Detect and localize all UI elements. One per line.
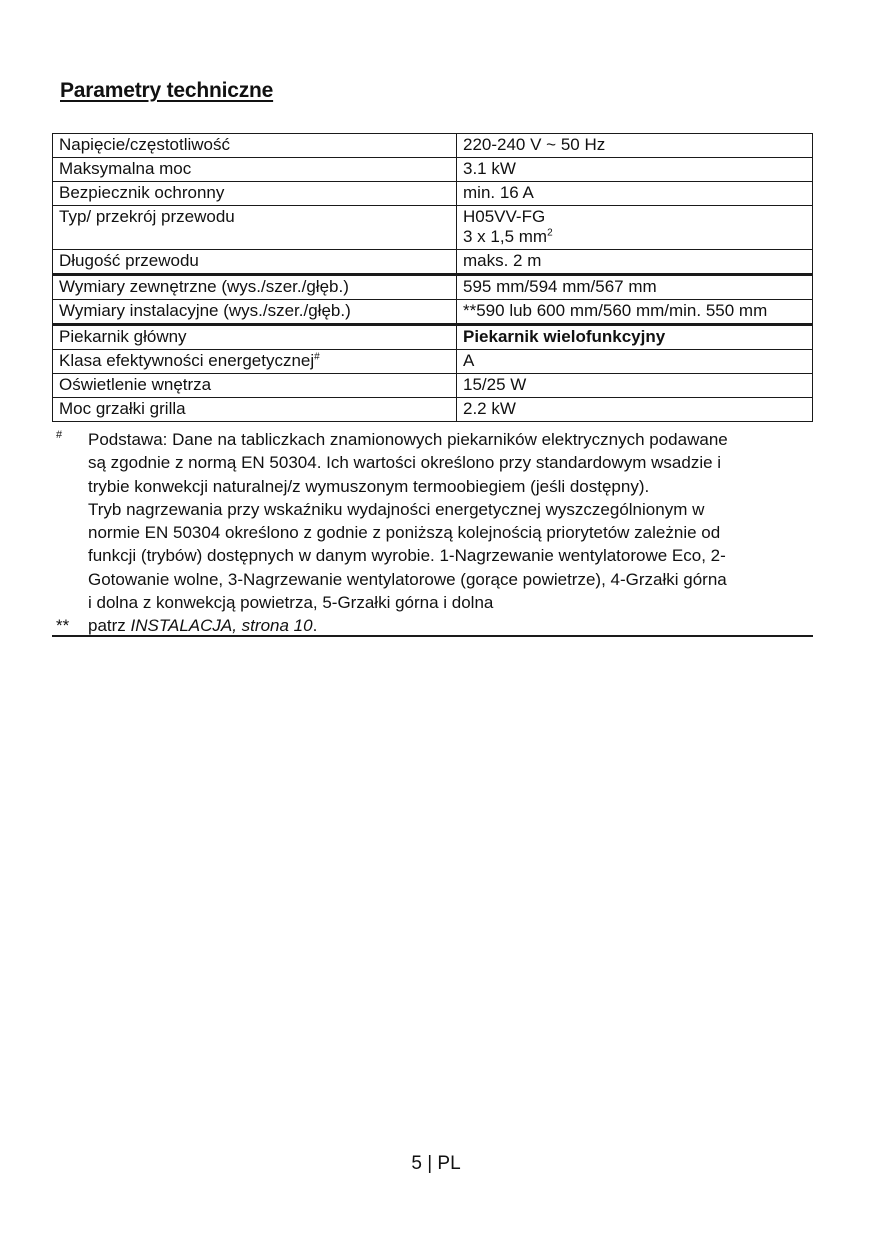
spec-value: 595 mm/594 mm/567 mm [457,275,813,300]
footnote-line: trybie konwekcji naturalnej/z wymuszonym… [88,475,813,498]
spec-label: Długość przewodu [53,250,457,275]
spec-value: min. 16 A [457,182,813,206]
spec-label: Oświetlenie wnętrza [53,374,457,398]
footnote-line: Podstawa: Dane na tabliczkach znamionowy… [88,428,813,451]
superscript: 2 [547,227,553,238]
table-row: Napięcie/częstotliwość 220-240 V ~ 50 Hz [53,134,813,158]
table-row: Oświetlenie wnętrza 15/25 W [53,374,813,398]
spec-label: Bezpiecznik ochronny [53,182,457,206]
page-title: Parametry techniczne [60,79,273,103]
table-row: Moc grzałki grilla 2.2 kW [53,398,813,422]
spec-label: Maksymalna moc [53,158,457,182]
footnote-line: Tryb nagrzewania przy wskaźniku wydajnoś… [88,498,813,521]
footnote-line: są zgodnie z normą EN 50304. Ich wartośc… [88,451,813,474]
page-number: 5 | PL [0,1153,872,1175]
footnote-cross-reference: INSTALACJA, strona 10 [131,616,313,635]
spec-label: Wymiary instalacyjne (wys./szer./głęb.) [53,300,457,325]
spec-value: **590 lub 600 mm/560 mm/min. 550 mm [457,300,813,325]
footnote-marker: # [52,428,88,614]
footnote-line: Gotowanie wolne, 3-Nagrzewanie wentylato… [88,568,813,591]
spec-value: 15/25 W [457,374,813,398]
table-row: Klasa efektywności energetycznej# A [53,350,813,374]
spec-value: Piekarnik wielofunkcyjny [457,325,813,350]
spec-label: Napięcie/częstotliwość [53,134,457,158]
spec-label: Typ/ przekrój przewodu [53,206,457,250]
spec-value-line: H05VV-FG [463,207,545,226]
spec-value: maks. 2 m [457,250,813,275]
spec-label: Piekarnik główny [53,325,457,350]
technical-parameters-table: Napięcie/częstotliwość 220-240 V ~ 50 Hz… [52,133,813,422]
table-row: Długość przewodu maks. 2 m [53,250,813,275]
spec-label: Moc grzałki grilla [53,398,457,422]
footnote-suffix: . [313,616,318,635]
section-divider [52,635,813,637]
table-row: Maksymalna moc 3.1 kW [53,158,813,182]
footnotes: # Podstawa: Dane na tabliczkach znamiono… [52,428,813,638]
spec-label: Wymiary zewnętrzne (wys./szer./głęb.) [53,275,457,300]
table-row: Wymiary instalacyjne (wys./szer./głęb.) … [53,300,813,325]
table-row: Piekarnik główny Piekarnik wielofunkcyjn… [53,325,813,350]
spec-value: 220-240 V ~ 50 Hz [457,134,813,158]
spec-value-line: 3 x 1,5 mm [463,227,547,246]
footnote-line: normie EN 50304 określono z godnie z pon… [88,521,813,544]
spec-value: 3.1 kW [457,158,813,182]
spec-value: H05VV-FG 3 x 1,5 mm2 [457,206,813,250]
footnote-line: i dolna z konwekcją powietrza, 5-Grzałki… [88,591,813,614]
footnote-line: funkcji (trybów) dostępnych w danym wyro… [88,544,813,567]
spec-label: Klasa efektywności energetycznej# [53,350,457,374]
spec-value: 2.2 kW [457,398,813,422]
footnote-hash: # Podstawa: Dane na tabliczkach znamiono… [52,428,813,614]
table-row: Wymiary zewnętrzne (wys./szer./głęb.) 59… [53,275,813,300]
spec-label-text: Klasa efektywności energetycznej [59,351,314,370]
table-row: Typ/ przekrój przewodu H05VV-FG 3 x 1,5 … [53,206,813,250]
footnote-reference: # [314,351,320,362]
spec-value: A [457,350,813,374]
table-row: Bezpiecznik ochronny min. 16 A [53,182,813,206]
footnote-prefix: patrz [88,616,131,635]
footnote-text: Podstawa: Dane na tabliczkach znamionowy… [88,428,813,614]
